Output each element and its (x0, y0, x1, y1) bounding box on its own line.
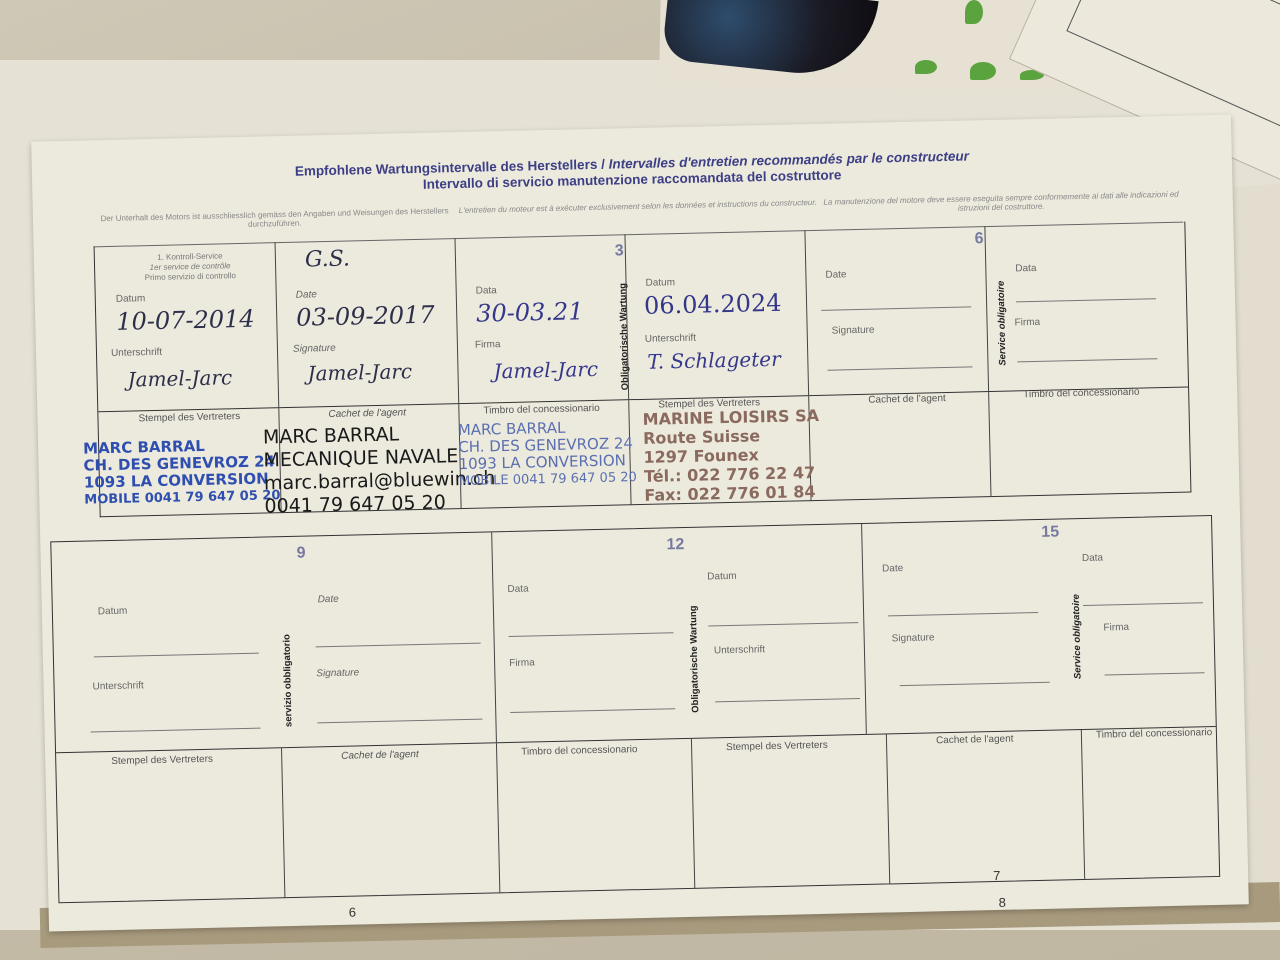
interval-number-9: 9 (296, 545, 305, 563)
control-service-label: 1. Kontroll-Service 1er service de contr… (115, 250, 266, 283)
signature-label: Signature (832, 325, 875, 337)
date-label: Date (825, 269, 846, 280)
stamp-cell (886, 730, 1085, 884)
leaf-icon (915, 60, 937, 74)
leaf-icon (970, 62, 996, 80)
signature-line (900, 682, 1050, 686)
signature-line (1017, 358, 1157, 362)
signature-label: Firma (1103, 622, 1129, 634)
date-line (1016, 298, 1156, 302)
page-number-underlying: 8 (999, 895, 1007, 910)
signature-label: Signature (892, 632, 935, 644)
stamp-label: Timbro del concessionario (1096, 727, 1213, 741)
stamp-row-bottom: Stempel des Vertreters Cachet de l'agent… (56, 726, 1219, 903)
signature-label: Firma (509, 657, 535, 669)
date-label: Data (476, 285, 497, 296)
stamp-cell (496, 739, 695, 893)
handwritten-date: 06.04.2024 (644, 289, 782, 320)
signature-line (1105, 672, 1205, 675)
signature-label: Unterschrift (92, 680, 143, 692)
stamp-cell (56, 748, 285, 903)
stamp-cell (808, 392, 991, 501)
date-label: Datum (707, 571, 737, 583)
stamp-label: Stempel des Vertreters (726, 740, 828, 753)
date-label: Data (1015, 263, 1036, 274)
interval-number-6: 6 (974, 230, 983, 248)
handwritten-date: 30-03.21 (476, 297, 584, 327)
date-label: Data (507, 584, 528, 595)
stamp-cell (691, 734, 890, 888)
stamp-label: Cachet de l'agent (328, 407, 406, 420)
stamp-line: MARINE LOISIRS SA (642, 406, 819, 429)
interval-number-3: 3 (615, 242, 624, 260)
handwritten-date: 10-07-2014 (116, 305, 255, 336)
signature-label: Signature (293, 343, 336, 355)
maintenance-log-page: Empfohlene Wartungsintervalle des Herste… (31, 114, 1249, 931)
page-number-right: 7 (993, 868, 1001, 883)
interval-number-12: 12 (666, 536, 684, 554)
signature-label: Firma (1014, 317, 1040, 329)
signature-label: Unterschrift (714, 644, 765, 656)
date-label: Datum (98, 606, 128, 618)
vertical-label-service-obligatoire: Service obligatoire (1071, 594, 1084, 679)
page-number-left: 6 (349, 905, 357, 920)
handwritten-signature: T. Schlageter (647, 347, 781, 374)
date-label: Datum (116, 293, 146, 305)
date-label: Date (318, 594, 339, 605)
date-line (1083, 602, 1203, 606)
handwritten-date: 03-09-2017 (296, 301, 435, 332)
service-block-bottom: 9 12 15 Datum Unterschrift servizio obbl… (50, 515, 1220, 903)
stamp-line: 0041 79 647 05 20 (264, 490, 496, 518)
date-label: Datum (645, 277, 675, 289)
date-label: Data (1082, 553, 1103, 564)
handwritten-signature: Jamel-Jarc (307, 359, 412, 385)
signature-label: Unterschrift (111, 347, 162, 359)
stamp-label: Stempel des Vertreters (138, 411, 240, 424)
leaf-icon (965, 0, 983, 24)
vertical-label-servizio-obbligatorio: servizio obbligatorio (281, 634, 294, 727)
date-label: Date (296, 289, 317, 300)
handwritten-note: G.S. (305, 247, 351, 273)
stamp-marc-barral-address: MARC BARRAL CH. DES GENEVROZ 24 1093 LA … (83, 436, 281, 508)
service-cell-12 (491, 524, 867, 742)
stamp-label: Cachet de l'agent (868, 393, 946, 406)
stamp-marine-loisirs: MARINE LOISIRS SA Route Suisse 1297 Foun… (642, 406, 821, 505)
date-line (888, 612, 1038, 616)
stamp-label: Cachet de l'agent (341, 749, 419, 762)
signature-label: Unterschrift (645, 333, 696, 345)
signature-label: Signature (316, 667, 359, 679)
handwritten-signature: Jamel-Jarc (127, 365, 232, 391)
stamp-label: Stempel des Vertreters (111, 754, 213, 767)
handwritten-signature: Jamel-Jarc (493, 357, 598, 383)
interval-number-15: 15 (1041, 523, 1059, 541)
date-label: Date (882, 563, 903, 574)
signature-label: Firma (475, 339, 501, 351)
stamp-cell (281, 743, 500, 898)
stamp-marc-barral-address-2: MARC BARRAL CH. DES GENEVROZ 24 1093 LA … (458, 418, 637, 490)
stamp-label: Timbro del concessionario (1023, 387, 1140, 401)
vertical-label-service-obligatoire: Service obligatoire (996, 281, 1009, 366)
stamp-line: Fax: 022 776 01 84 (644, 482, 821, 505)
stamp-label: Cachet de l'agent (936, 734, 1014, 747)
